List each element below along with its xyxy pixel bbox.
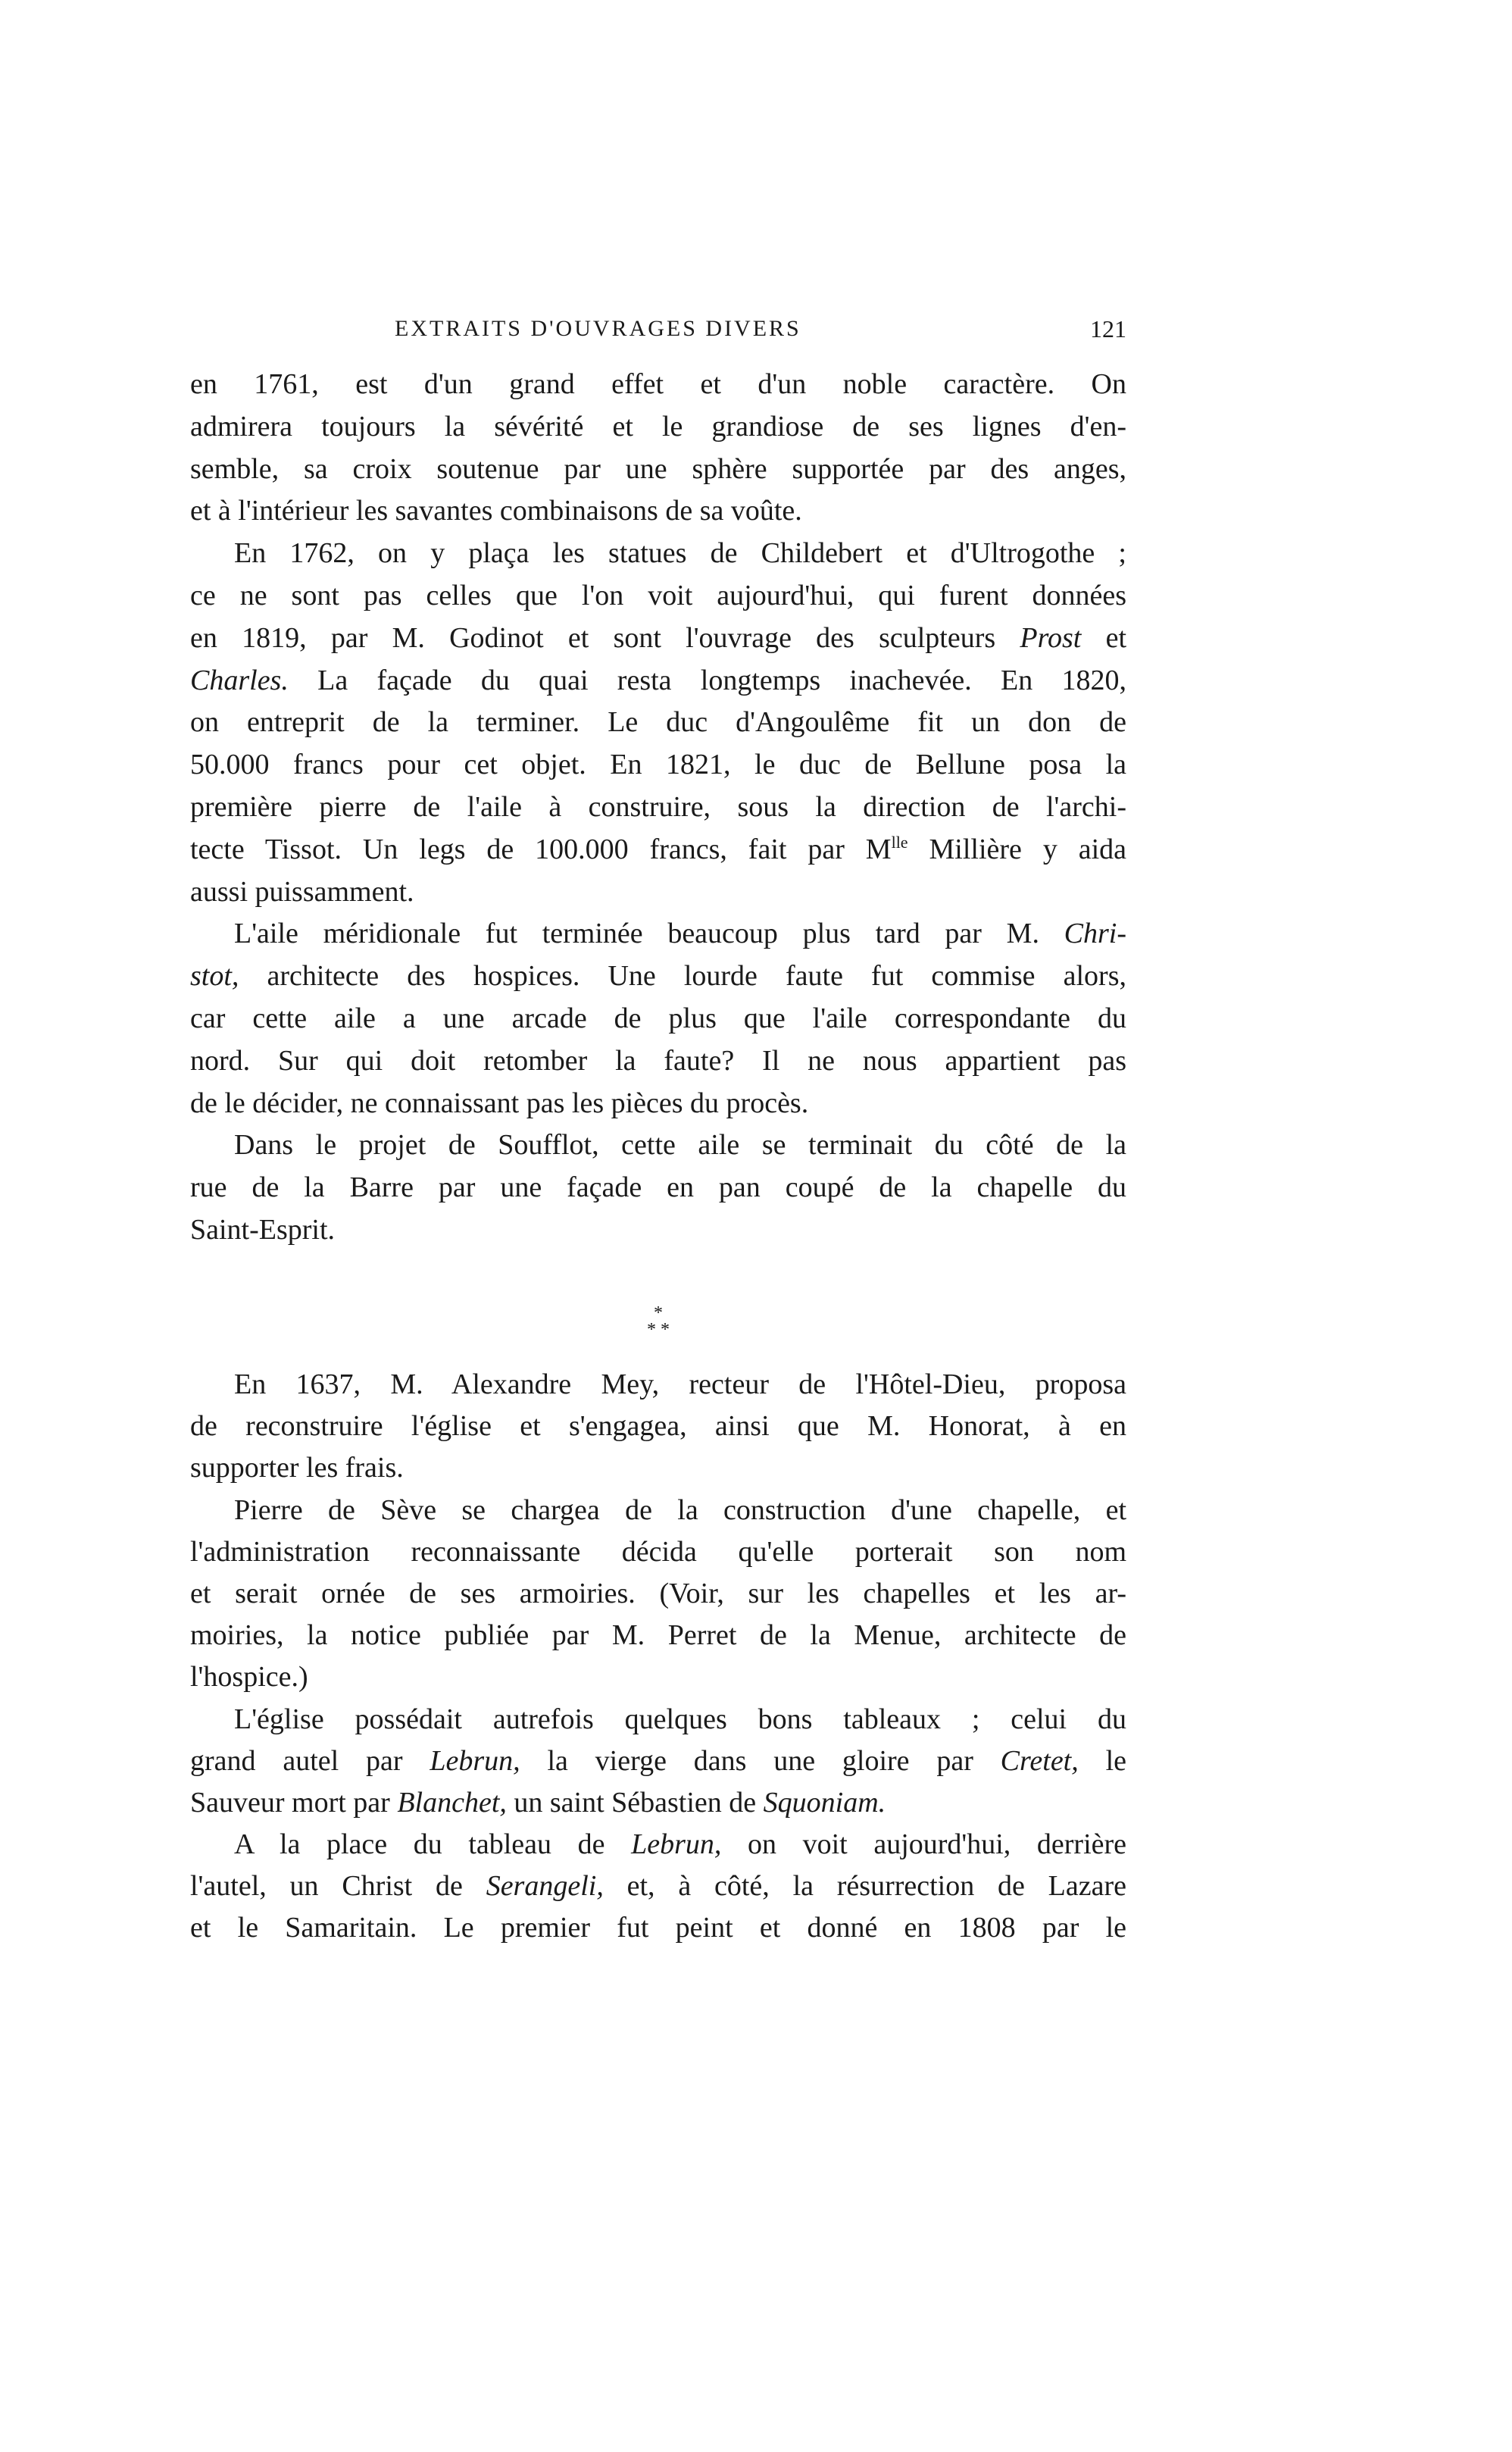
text-fragment: la vierge dans une gloire par <box>547 1745 973 1777</box>
text-line: supporter les frais. <box>190 1447 1126 1489</box>
text-line: de le décider, ne connaissant pas les pi… <box>190 1083 1126 1125</box>
sculptor-name: Charles. <box>190 665 289 696</box>
text-line: l'hospice.) <box>190 1656 1126 1698</box>
text-fragment: A la place du tableau de <box>234 1828 605 1860</box>
text-line: en 1819, par M. Godinot et sont l'ouvrag… <box>190 618 1126 660</box>
painter-name: Cretet, <box>1001 1745 1079 1777</box>
text-line: grand autel par Lebrun, la vierge dans u… <box>190 1740 1126 1782</box>
text-line: rue de la Barre par une façade en pan co… <box>190 1167 1126 1209</box>
text-line: nord. Sur qui doit retomber la faute? Il… <box>190 1040 1126 1083</box>
asterism-bottom-stars: * * <box>190 1321 1126 1338</box>
painter-name: Lebrun, <box>631 1828 721 1860</box>
text-fragment: L'aile méridionale fut terminée beaucoup… <box>234 918 1039 949</box>
text-line: L'église possédait autrefois quelques bo… <box>190 1699 1126 1740</box>
painter-name: Lebrun, <box>430 1745 520 1777</box>
text-line: car cette aile a une arcade de plus que … <box>190 998 1126 1040</box>
text-line: En 1637, M. Alexandre Mey, recteur de l'… <box>190 1364 1126 1406</box>
text-fragment: Sauveur mort par <box>190 1787 390 1819</box>
painter-name: Squoniam. <box>764 1787 886 1819</box>
text-line: aussi puissamment. <box>190 871 1126 914</box>
text-line: Saint-Esprit. <box>190 1209 1126 1252</box>
text-fragment: architecte des hospices. Une lourde faut… <box>267 960 1127 992</box>
asterism-separator: * * * <box>190 1305 1126 1343</box>
text-line: tecte Tissot. Un legs de 100.000 francs,… <box>190 829 1126 871</box>
text-fragment: et, à côté, la résurrection de Lazare <box>627 1870 1126 1902</box>
text-line: et à l'intérieur les savantes combinaiso… <box>190 490 1126 533</box>
architect-name: Chri- <box>1064 918 1126 949</box>
sculptor-name: Prost <box>1020 622 1081 654</box>
text-line: l'autel, un Christ de Serangeli, et, à c… <box>190 1866 1126 1907</box>
text-line: Charles. La façade du quai resta longtem… <box>190 660 1126 702</box>
text-line: l'administration reconnaissante décida q… <box>190 1531 1126 1573</box>
painter-name: Serangeli, <box>486 1870 604 1902</box>
text-fragment: et <box>1106 622 1126 654</box>
text-line: semble, sa croix soutenue par une sphère… <box>190 449 1126 491</box>
text-line: 50.000 francs pour cet objet. En 1821, l… <box>190 744 1126 787</box>
text-line: et le Samaritain. Le premier fut peint e… <box>190 1907 1126 1949</box>
painter-name: Blanchet, <box>397 1787 507 1819</box>
running-title: EXTRAITS D'OUVRAGES DIVERS <box>395 315 801 342</box>
text-line: stot, architecte des hospices. Une lourd… <box>190 955 1126 998</box>
page-header: EXTRAITS D'OUVRAGES DIVERS 121 <box>190 315 1126 342</box>
page-number: 121 <box>1090 315 1126 342</box>
text-fragment: un saint Sébastien de <box>514 1787 756 1819</box>
text-fragment: l'autel, un Christ de <box>190 1870 463 1902</box>
asterism-top-star: * <box>190 1305 1126 1321</box>
text-fragment: le <box>1106 1745 1126 1777</box>
body-text-section-2: En 1637, M. Alexandre Mey, recteur de l'… <box>190 1364 1126 1950</box>
text-line: L'aile méridionale fut terminée beaucoup… <box>190 913 1126 955</box>
text-fragment: La façade du quai resta longtemps inache… <box>317 665 1126 696</box>
text-line: et serait ornée de ses armoiries. (Voir,… <box>190 1573 1126 1615</box>
text-line: admirera toujours la sévérité et le gran… <box>190 406 1126 449</box>
text-fragment: Millière y aida <box>929 833 1127 865</box>
text-line: Sauveur mort par Blanchet, un saint Séba… <box>190 1782 1126 1824</box>
text-line: Dans le projet de Soufflot, cette aile s… <box>190 1124 1126 1167</box>
text-line: première pierre de l'aile à construire, … <box>190 787 1126 829</box>
text-line: A la place du tableau de Lebrun, on voit… <box>190 1824 1126 1866</box>
text-line: de reconstruire l'église et s'engagea, a… <box>190 1406 1126 1447</box>
text-line: on entreprit de la terminer. Le duc d'An… <box>190 702 1126 744</box>
superscript-lle: lle <box>892 833 908 852</box>
text-fragment: on voit aujourd'hui, derrière <box>748 1828 1126 1860</box>
text-fragment: tecte Tissot. Un legs de 100.000 francs,… <box>190 833 892 865</box>
body-text-section-1: en 1761, est d'un grand effet et d'un no… <box>190 364 1126 1252</box>
text-line: en 1761, est d'un grand effet et d'un no… <box>190 364 1126 406</box>
text-line: En 1762, on y plaça les statues de Child… <box>190 533 1126 575</box>
text-line: moiries, la notice publiée par M. Perret… <box>190 1615 1126 1656</box>
text-line: ce ne sont pas celles que l'on voit aujo… <box>190 575 1126 618</box>
text-fragment: grand autel par <box>190 1745 403 1777</box>
text-line: Pierre de Sève se chargea de la construc… <box>190 1490 1126 1531</box>
text-fragment: en 1819, par M. Godinot et sont l'ouvrag… <box>190 622 995 654</box>
architect-name: stot, <box>190 960 239 992</box>
